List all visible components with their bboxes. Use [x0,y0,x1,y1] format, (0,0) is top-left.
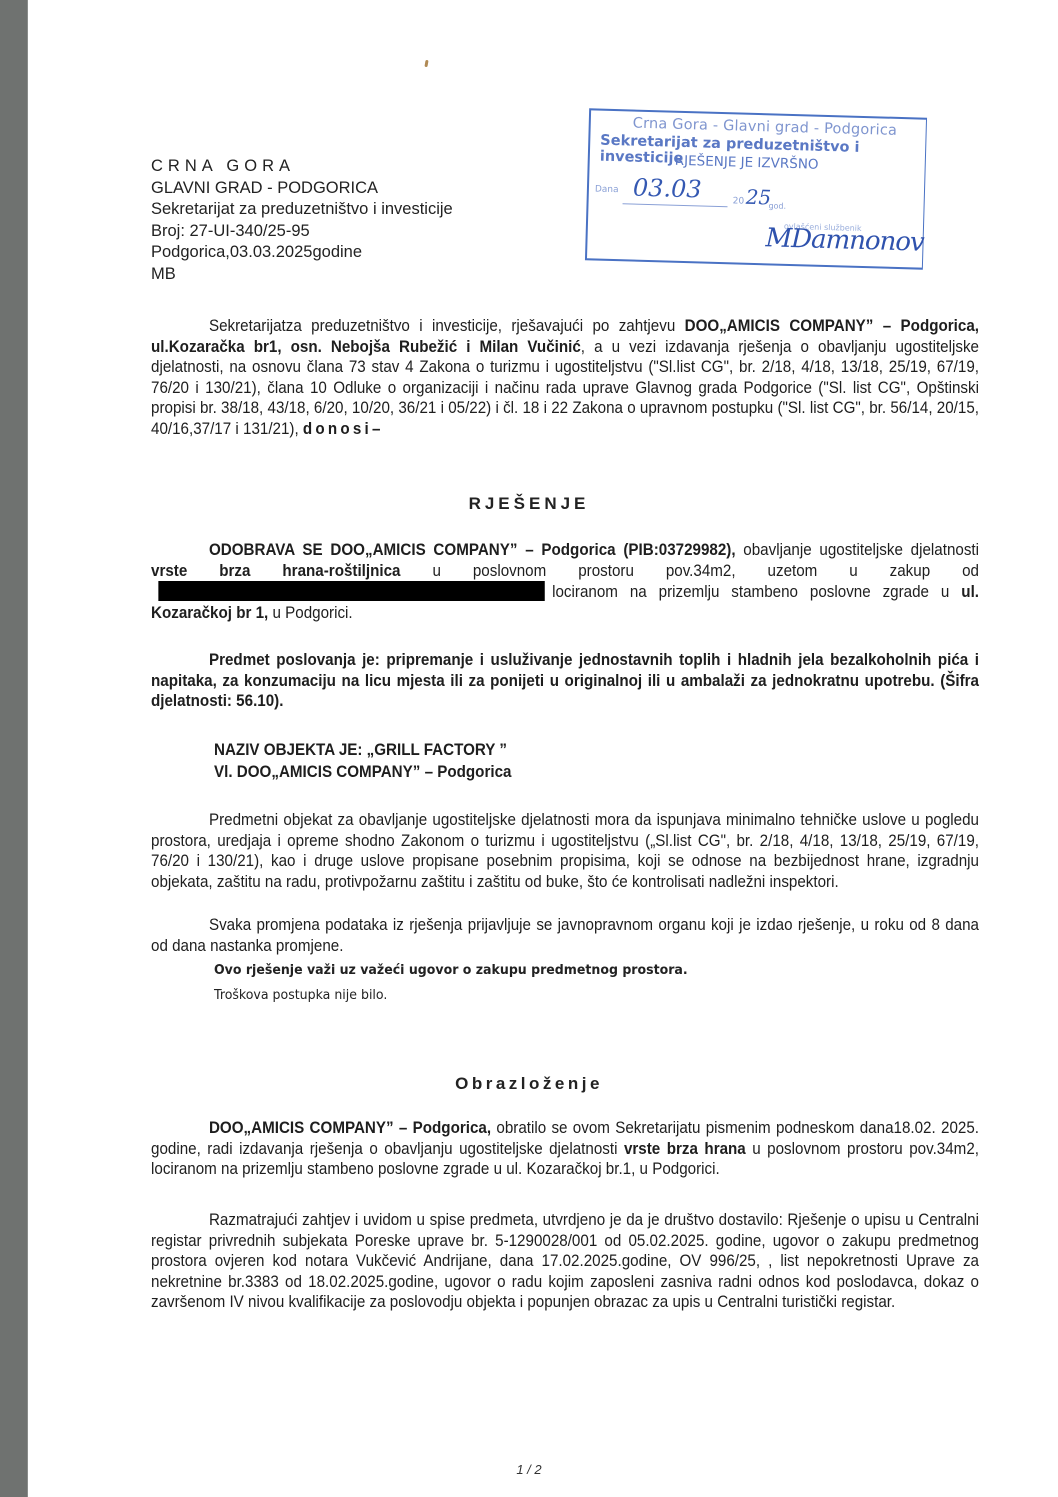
page-number: 1 / 2 [0,1462,1058,1477]
header-place-date: Podgorica,03.03.2025godine [151,242,453,264]
object-owner: Vl. DOO„AMICIS COMPANY” – Podgorica [214,762,858,783]
reasoning-paragraph-1: DOO„AMICIS COMPANY” – Podgorica, obratil… [151,1118,979,1180]
conditions-paragraph: Predmetni objekat za obavljanje ugostite… [151,810,979,892]
executive-stamp: Crna Gora - Glavni grad - Podgorica Sekr… [585,108,927,269]
reasoning-applicant: DOO„AMICIS COMPANY” – Podgorica, [209,1119,491,1137]
change-notice-paragraph: Svaka promjena podataka iz rješenja prij… [151,915,979,956]
stamp-date-line [623,203,728,207]
business-subject: Predmet poslovanja je: pripremanje i usl… [151,650,979,712]
decision-type: vrste brza hrana-roštiljnica [151,562,401,580]
reasoning-title: Obrazloženje [0,1074,1058,1094]
stamp-line3: RJEŠENJE JE IZVRŠNO [675,153,819,173]
redacted-lessor [158,581,544,601]
costs-note: Troškova postupka nije bilo. [214,983,387,1007]
document-header: CRNA GORA GLAVNI GRAD - PODGORICA Sekret… [151,156,453,285]
object-name: NAZIV OBJEKTA JE: „GRILL FACTORY ” [214,740,858,761]
decision-title: RJEŠENJE [0,494,1058,514]
decision-approval: ODOBRAVA SE DOO„AMICIS COMPANY” – Podgor… [209,541,736,559]
lease-validity-note: Ovo rješenje važi uz važeći ugovor o zak… [214,958,688,982]
intro-text-a: Sekretarijatza preduzetništvo i investic… [209,317,685,335]
intro-paragraph: Sekretarijatza preduzetništvo i investic… [151,316,979,440]
decision-text-b: obavljanje ugostiteljske djelatnosti [736,541,979,559]
decision-text-g: u Podgorici. [268,604,352,622]
header-initials: MB [151,264,453,286]
header-city: GLAVNI GRAD - PODGORICA [151,178,453,200]
stamp-year-prefix: 20 [733,196,745,206]
decision-text-e: lociranom na prizemlju stambeno poslovne… [552,583,961,601]
stamp-dana-label: Dana [595,185,619,196]
header-number: Broj: 27-UI-340/25-95 [151,221,453,243]
decision-paragraph: ODOBRAVA SE DOO„AMICIS COMPANY” – Podgor… [151,540,979,623]
reasoning-paragraph-2: Razmatrajući zahtjev i uvidom u spise pr… [151,1210,979,1313]
signature: MDamnonov [765,223,924,257]
intro-donosi: donosi– [303,420,384,438]
stamp-god-label: god. [768,201,786,210]
document-page: CRNA GORA GLAVNI GRAD - PODGORICA Sekret… [0,0,1058,1497]
header-department: Sekretarijat za preduzetništvo i investi… [151,199,453,221]
reasoning-type: vrste brza hrana [624,1140,746,1158]
header-country: CRNA GORA [151,156,453,178]
stamp-handwritten-date: 03.03 [633,174,702,204]
decision-text-d: u poslovnom prostoru pov.34m2, uzetom u … [401,562,979,580]
